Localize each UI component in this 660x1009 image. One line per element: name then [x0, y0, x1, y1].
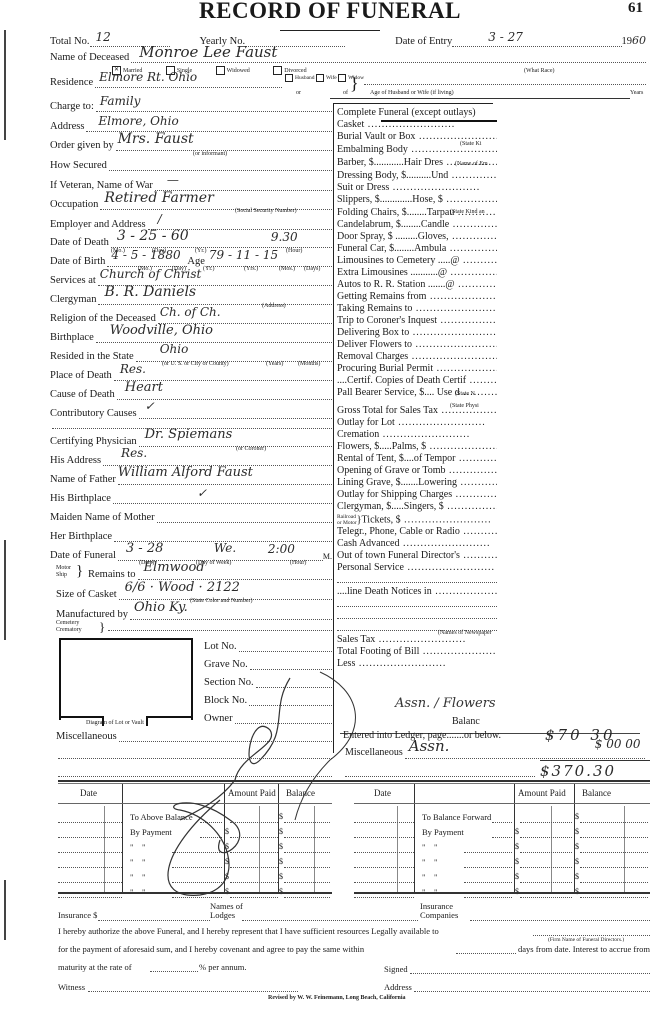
header-divider	[330, 98, 630, 99]
charge-line[interactable]: Candelabrum, $........Candle ...........…	[337, 219, 497, 231]
authorization-line-3b: % per annum.	[199, 962, 246, 972]
companies-label-bottom: Companies	[420, 911, 458, 920]
total-no-label: Total No.	[50, 36, 90, 47]
order-given-by-row: Order given by Mrs. Faust	[50, 140, 332, 151]
page-title: RECORD OF FUNERAL	[0, 0, 660, 24]
services-at-label: Services at	[50, 275, 96, 286]
signed-field[interactable]	[410, 973, 650, 974]
lot-no-field[interactable]	[239, 642, 332, 652]
charge-line[interactable]: Trip to Coroner's Inquest ..............…	[337, 315, 497, 327]
ledger-row-label: To Balance Forward	[422, 812, 491, 822]
ship-label: Ship	[56, 572, 71, 579]
ledger-balance-field[interactable]	[580, 882, 648, 883]
ledger-amount-field[interactable]	[520, 897, 572, 898]
charge-line-label: Flowers, $.....Palms, $	[337, 441, 426, 452]
birthplace-label: Birthplace	[50, 332, 94, 343]
hour-sublabel: (Hour)	[290, 560, 306, 566]
checkbox-icon[interactable]	[338, 74, 346, 82]
charge-line[interactable]: Extra Limousines ...........@ ..........…	[337, 267, 497, 279]
charge-line-label: Telegr., Phone, Cable or Radio	[337, 526, 460, 537]
name-of-deceased-label: Name of Deceased	[50, 52, 129, 63]
spouse-or-label: or	[296, 90, 301, 96]
insurance-field[interactable]	[98, 920, 210, 921]
date-of-entry-field[interactable]: 3 - 27	[452, 36, 621, 47]
dot-leader: .........................	[466, 375, 497, 386]
manufacturer-field[interactable]: Ohio Ky.	[130, 610, 332, 620]
ledger-header-amount-paid: Amount Paid	[518, 788, 566, 798]
misc-right-value: Assn.	[409, 737, 450, 755]
charge-line-label: Tickets, $	[362, 514, 401, 525]
charge-line[interactable]: Opening of Grave or Tomb ...............…	[337, 465, 497, 477]
dot-leader: .........................	[460, 526, 497, 537]
dot-leader: .........................	[460, 255, 497, 266]
companies-field[interactable]	[470, 920, 650, 921]
ledger-row-label: " "	[422, 857, 437, 867]
dollar-sign-icon: $	[515, 857, 519, 866]
charge-line-label: Suit or Dress	[337, 182, 389, 193]
cemetery-label: CemeteryCrematory	[56, 620, 82, 634]
birthplace-field[interactable]: Woodville, Ohio	[96, 333, 332, 343]
charge-line-label: Less	[337, 658, 355, 669]
marital-divorced[interactable]: Divorced	[273, 68, 306, 74]
charge-line-label: Rental of Tent, $....of Tempor	[337, 453, 456, 464]
mother-row: Maiden Name of Mother	[50, 512, 332, 523]
charge-line-label: Cremation	[337, 429, 379, 440]
her-birthplace-label: Her Birthplace	[50, 531, 112, 542]
charge-line[interactable]: Procuring Burial Permit ................…	[337, 363, 497, 375]
casket-size-label: Size of Casket	[56, 589, 117, 600]
charge-line-label: Getting Remains from	[337, 291, 426, 302]
total-rule	[540, 760, 650, 761]
residence-label: Residence	[50, 77, 93, 88]
charge-line-label: Pall Bearer Service, $.... Use d	[337, 387, 460, 398]
year-value[interactable]: 60	[632, 34, 646, 47]
grave-no-label: Grave No.	[204, 659, 248, 670]
date-of-death-row: Date of Death 3 - 25 - 609.30	[50, 237, 332, 248]
ledger-column-divider	[414, 784, 415, 892]
ledger-subcolumn-divider	[551, 806, 552, 892]
manufacturer-row: Manufactured by Ohio Ky.	[56, 609, 332, 620]
charge-line[interactable]	[337, 610, 497, 619]
his-birthplace-row: His Birthplace ✓	[50, 493, 332, 504]
cause-of-death-row: Cause of Death Heart	[50, 389, 332, 400]
dot-leader: .........................	[444, 501, 497, 512]
binder-margin-line	[4, 540, 6, 640]
dot-leader: .........................	[456, 453, 498, 464]
charge-line[interactable]: ....Certif. Copies of Death Certif .....…	[337, 375, 497, 387]
charge-line[interactable]: Out of town Funeral Director's .........…	[337, 550, 497, 562]
charge-line[interactable]: Deliver Flowers to .....................…	[337, 339, 497, 351]
veteran-value: —	[167, 173, 179, 187]
binder-margin-line	[4, 880, 6, 940]
brace-icon: }	[350, 74, 359, 92]
residence-row: Residence Elmore Rt. Ohio	[50, 77, 282, 88]
checkbox-icon[interactable]	[316, 74, 324, 82]
funeral-ampm: M.	[323, 552, 332, 561]
charge-line[interactable]: Flowers, $.....Palms, $ ................…	[337, 441, 497, 453]
ledger-balance-field[interactable]	[580, 837, 648, 838]
charge-to-row: Charge to: Family	[50, 101, 332, 112]
misc-right-amount: $ 00 00	[595, 737, 641, 751]
charge-line[interactable]: Getting Remains from ...................…	[337, 291, 497, 303]
misc-right-field[interactable]: Assn.$ 00 00	[405, 749, 645, 759]
colon: :	[91, 101, 94, 112]
companies-label: InsuranceCompanies	[420, 902, 458, 920]
age-of-spouse-label: Age of Husband or Wife (if living)	[370, 90, 454, 96]
father-label: Name of Father	[50, 474, 116, 485]
date-of-death-label: Date of Death	[50, 237, 109, 248]
lot-no-row: Lot No.	[204, 641, 332, 652]
date-of-death-value: 3 - 25 - 60	[117, 228, 189, 244]
dot-leader: .........................	[408, 351, 497, 362]
services-at-value: Church of Christ	[100, 267, 202, 281]
ledger-date-field[interactable]	[58, 822, 122, 823]
charge-line[interactable]: Removal Charges ........................…	[337, 351, 497, 363]
birthplace-row: Birthplace Woodville, Ohio	[50, 332, 332, 343]
hour-sublabel: (Hour)	[286, 248, 302, 254]
cause-of-death-value: Heart	[125, 380, 163, 395]
ledger-balance-field[interactable]	[580, 822, 648, 823]
charge-line[interactable]: Outlay for Lot .........................	[337, 417, 497, 429]
ledger-desc-field[interactable]	[464, 867, 512, 868]
brace-icon: }	[76, 563, 83, 580]
residence-field[interactable]: Elmore Rt. Ohio	[95, 78, 282, 88]
charge-line[interactable]: Less .........................	[337, 658, 497, 670]
ledger-row-label: " "	[422, 872, 437, 882]
his-address-label: His Address	[50, 455, 101, 466]
vault-kind-note: (State Ki	[460, 141, 482, 147]
ledger-date-field[interactable]	[58, 852, 122, 853]
ledger-date-field[interactable]	[58, 867, 122, 868]
charge-line[interactable]: Lining Grave, $.......Lowering .........…	[337, 477, 497, 489]
charge-line[interactable]: Funeral Car, $........Ambula ...........…	[337, 243, 497, 255]
spouse-husband[interactable]: Husband	[285, 75, 315, 81]
ledger-subcolumn-divider	[104, 806, 105, 892]
charge-to-label: Charge to	[50, 101, 91, 112]
his-address-value: Res.	[121, 446, 147, 460]
charge-line[interactable]: Rental of Tent, $....of Tempor .........…	[337, 453, 497, 465]
ledger-balance-field[interactable]	[580, 852, 648, 853]
age-of-spouse-field[interactable]	[364, 84, 646, 85]
physician-value: Dr. Spiemans	[145, 427, 233, 442]
charge-line-label: Removal Charges	[337, 351, 408, 362]
charge-line[interactable]	[337, 598, 497, 607]
remains-to-field[interactable]: Elmwood	[138, 570, 332, 580]
residence-value: Elmore Rt. Ohio	[99, 70, 197, 84]
cemetery-field[interactable]	[108, 630, 332, 631]
dot-leader: .........................	[408, 144, 497, 155]
dot-leader: .........................	[452, 489, 497, 500]
place-of-death-row: Place of Death Res.	[50, 370, 332, 381]
ledger-desc-field[interactable]	[464, 897, 512, 898]
charge-line[interactable]: Outlay for Shipping Charges ............…	[337, 489, 497, 501]
balance-label: Balanc	[452, 716, 480, 728]
dollar-sign-icon: $	[575, 872, 579, 881]
misc-label: Miscellaneous	[56, 731, 117, 742]
ledger-desc-field[interactable]	[464, 882, 512, 883]
contributory-row: Contributory Causes ✓	[50, 408, 332, 419]
order-given-by-field[interactable]: Mrs. Faust	[116, 141, 332, 151]
charge-line[interactable]: Cash Advanced .........................	[337, 538, 497, 550]
charge-line-label: Candelabrum, $........Candle	[337, 219, 449, 230]
occupation-label: Occupation	[50, 199, 98, 210]
funeral-hour-value: 2:00	[268, 542, 295, 556]
page-number: 61	[628, 0, 643, 17]
ledger-date-field[interactable]	[58, 882, 122, 883]
contributory-field[interactable]: ✓	[139, 409, 332, 419]
clergyman-row: Clergyman B. R. Daniels	[50, 294, 332, 305]
charge-line-label: Out of town Funeral Director's	[337, 550, 460, 561]
authorization-line-2a: for the payment of aforesaid sum, and I …	[58, 944, 364, 954]
ledger-date-field[interactable]	[58, 897, 122, 898]
charge-line[interactable]: Taking Remains to ......................…	[337, 303, 497, 315]
witness-field[interactable]	[88, 991, 298, 992]
clergyman-label: Clergyman	[50, 294, 96, 305]
dot-leader: .........................	[446, 243, 497, 254]
embalmer-note: (Name of Em	[455, 161, 488, 167]
what-race-label: (What Race)	[524, 68, 554, 74]
charge-line-label: Embalming Body	[337, 144, 408, 155]
title-underline	[280, 30, 380, 31]
mos-sublabel: (Mos.)	[279, 266, 295, 272]
dot-leader: .........................	[447, 267, 497, 278]
dot-leader: .........................	[389, 182, 480, 193]
remains-to-row: Remains to Elmwood	[88, 569, 332, 580]
charge-to-field[interactable]: Family	[96, 102, 332, 112]
checkbox-icon[interactable]	[216, 66, 225, 75]
dot-leader: .........................	[401, 514, 492, 525]
witness-label: Witness	[58, 982, 85, 992]
age-value: 79 - 11 - 15	[209, 248, 278, 262]
ledger-desc-field[interactable]	[464, 852, 512, 853]
her-birthplace-row: Her Birthplace	[50, 531, 332, 542]
funeral-date-label: Date of Funeral	[50, 550, 116, 561]
name-of-deceased-field[interactable]: Monroe Lee Faust	[131, 53, 646, 63]
charge-line-label: Trip to Coroner's Inquest	[337, 315, 437, 326]
suit-kind-note: (State Kind an	[450, 209, 485, 215]
charge-line-label: Door Spray, $ .........Gloves,	[337, 231, 449, 242]
date-of-birth-label: Date of Birth	[50, 256, 105, 267]
lodges-label-bottom: Lodges	[210, 911, 243, 920]
charge-line-label: Cash Advanced	[337, 538, 400, 549]
charge-line[interactable]: Suit or Dress .........................	[337, 182, 497, 194]
casket-size-value: 6/6 · Wood · 2122	[125, 580, 240, 595]
charge-line-label: Complete Funeral (except outlays)	[337, 107, 476, 118]
dot-leader: .........................	[443, 194, 497, 205]
days-sublabel: (Days)	[304, 266, 320, 272]
father-field[interactable]: William Alford Faust	[118, 475, 332, 485]
charge-line-label: Gross Total for Sales Tax	[337, 405, 438, 416]
date-of-entry-value: 3 - 27	[488, 30, 523, 44]
charge-line[interactable]: Limousines to Cemetery .....@ ..........…	[337, 255, 497, 267]
contributory-label: Contributory Causes	[50, 408, 137, 419]
charge-to-value: Family	[100, 94, 141, 108]
employer-row: Employer and Address /	[50, 219, 332, 230]
birthplace-value: Woodville, Ohio	[110, 323, 213, 338]
dot-leader: .........................	[426, 291, 497, 302]
brace-icon: }	[99, 619, 105, 635]
ledger-amount-field[interactable]	[520, 867, 572, 868]
dot-leader: .........................	[437, 315, 497, 326]
dot-leader: .........................	[460, 550, 497, 561]
interest-rate-field[interactable]	[150, 971, 198, 972]
charge-line-label: Deliver Flowers to	[337, 339, 412, 350]
physician-note: (State Physi	[450, 403, 479, 409]
his-birthplace-field[interactable]: ✓	[113, 494, 332, 504]
resided-label: Resided in the State	[50, 351, 134, 362]
ledger-desc-field[interactable]	[492, 837, 512, 838]
informant-sublabel: (or informant)	[193, 151, 227, 157]
charge-line-label: Taking Remains to	[337, 303, 412, 314]
ledger-amount-field[interactable]	[520, 852, 572, 853]
charge-line[interactable]: Dressing Body, $..........Und ..........…	[337, 170, 497, 182]
dot-leader: .........................	[419, 646, 497, 657]
address-sign-label: Address	[384, 982, 412, 992]
dot-leader: .........................	[412, 339, 497, 350]
authorization-line-1: I hereby authorize the above Funeral, an…	[58, 926, 439, 936]
charge-line-label: Barber, $............Hair Dres	[337, 157, 443, 168]
dot-leader: .........................	[412, 303, 497, 314]
checkbox-icon[interactable]	[285, 74, 293, 82]
lodges-label: Names ofLodges	[210, 902, 243, 920]
ledger-header-date: Date	[80, 788, 97, 798]
dot-leader: .........................	[457, 477, 497, 488]
charge-line[interactable]: Autos to R. R. Station .......@ ........…	[337, 279, 497, 291]
ledger-subcolumn-divider	[624, 806, 625, 892]
ledger-bottom-rule	[354, 892, 650, 894]
how-secured-field[interactable]	[109, 161, 332, 171]
dollar-sign-icon: $	[575, 812, 579, 821]
dot-leader: .........................	[404, 562, 495, 573]
ledger-amount-field[interactable]	[520, 882, 572, 883]
authorization-line-3a: maturity at the rate of	[58, 962, 132, 972]
date-of-death-field[interactable]: 3 - 25 - 609.30	[111, 238, 332, 248]
dollar-sign-icon: $	[575, 827, 579, 836]
lodges-field[interactable]	[242, 920, 418, 921]
charge-line[interactable]: Personal Service .......................…	[337, 562, 497, 574]
contributory-value: ✓	[145, 399, 155, 413]
binder-margin-line	[4, 30, 6, 140]
mother-field[interactable]	[157, 513, 332, 523]
firm-name-note: (Firm Name of Funeral Directors.)	[548, 937, 624, 943]
ledger-row-label: " "	[422, 842, 437, 852]
charge-line-label: Delivering Box to	[337, 327, 409, 338]
charge-line-label: Lining Grave, $.......Lowering	[337, 477, 457, 488]
charge-line[interactable]: Clergyman, $.....Singers, $ ............…	[337, 501, 497, 513]
newspaper-note: (Names of Newspaper	[438, 630, 492, 636]
charge-line[interactable]	[337, 574, 497, 583]
ledger-desc-field[interactable]	[492, 822, 512, 823]
charge-line-label: Procuring Burial Permit	[337, 363, 433, 374]
firm-name-field[interactable]	[533, 935, 650, 936]
dot-leader: .........................	[379, 429, 470, 440]
charge-line[interactable]: Cremation .........................	[337, 429, 497, 441]
yr-sublabel: (Yr.)	[203, 266, 215, 272]
dot-leader: .........................	[433, 363, 497, 374]
authorization-line-2b: days from date. Interest to accrue from	[518, 944, 650, 954]
clergyman-field[interactable]: B. R. Daniels	[98, 295, 332, 305]
charge-line[interactable]: Telegr., Phone, Cable or Radio .........…	[337, 526, 497, 538]
address-sign-field[interactable]	[414, 991, 650, 992]
ledger-date-field[interactable]	[58, 837, 122, 838]
remains-to-value: Elmwood	[144, 560, 205, 575]
ssn-sublabel: (Social Security Number)	[235, 208, 297, 214]
complete-funeral-line[interactable]: Complete Funeral (except outlays)	[337, 107, 497, 119]
grave-no-field[interactable]	[250, 660, 332, 670]
less-value: Assn. / Flowers	[395, 696, 496, 711]
charge-line-label: Autos to R. R. Station .......@	[337, 279, 455, 290]
charge-line-label: Dressing Body, $..........Und	[337, 170, 448, 181]
ledger-row-label: By Payment	[422, 827, 464, 837]
charge-line-label: Folding Chairs, $........Tarpau	[337, 207, 454, 218]
insurance-label: Insurance $	[58, 910, 97, 920]
charge-line-label: Limousines to Cemetery .....@	[337, 255, 460, 266]
cause-of-death-label: Cause of Death	[50, 389, 115, 400]
occupation-field[interactable]: Retired Farmer	[100, 200, 332, 210]
ledger-balance-field[interactable]	[580, 897, 648, 898]
coroner-sublabel: (or Coroner)	[236, 446, 266, 452]
resided-value: Ohio	[160, 342, 189, 356]
charge-line[interactable]: Delivering Box to ......................…	[337, 327, 497, 339]
ledger-amount-field[interactable]	[520, 822, 572, 823]
dot-leader: .........................	[432, 586, 497, 597]
dollar-sign-icon: $	[515, 872, 519, 881]
yrs-sublabel: (Yrs.)	[244, 266, 258, 272]
charge-line-label: Personal Service	[337, 562, 404, 573]
charge-line-label: Opening of Grave or Tomb	[337, 465, 446, 476]
year-prefix: 19	[622, 36, 633, 47]
charge-line-label: ....Certif. Copies of Death Certif	[337, 375, 466, 386]
place-of-death-value: Res.	[120, 362, 146, 376]
location-sublabel: (or U. S. or City or County)	[162, 361, 229, 367]
ledger-amount-field[interactable]	[520, 837, 572, 838]
dollar-sign-icon: $	[575, 842, 579, 851]
complete-funeral-underline	[381, 120, 497, 122]
lot-no-label: Lot No.	[204, 641, 237, 652]
spouse-wife[interactable]: Wife	[316, 75, 337, 81]
manufacturer-value: Ohio Ky.	[134, 600, 188, 615]
signed-label: Signed	[384, 964, 408, 974]
years-label: Years	[630, 90, 643, 96]
days-field[interactable]	[456, 953, 516, 954]
marital-widowed[interactable]: Widowed	[216, 68, 250, 74]
charge-line[interactable]: Slippers, $.............Hose, $ ........…	[337, 194, 497, 206]
dot-leader: .........................	[449, 231, 497, 242]
dot-leader: .........................	[400, 538, 491, 549]
casket-sublabel: (State Color and Number)	[190, 598, 252, 604]
charge-line[interactable]: ....line Death Notices in ..............…	[337, 586, 497, 598]
charge-line-label: ....line Death Notices in	[337, 586, 432, 597]
how-secured-label: How Secured	[50, 160, 107, 171]
final-total: $370.30	[540, 762, 616, 780]
checkbox-icon[interactable]	[273, 66, 282, 75]
charge-line[interactable]: Total Footing of Bill ..................…	[337, 646, 497, 658]
dot-leader: .........................	[415, 131, 497, 142]
occupation-value: Retired Farmer	[104, 190, 213, 206]
charge-line[interactable]: Railroador Motor}Tickets, $ ............…	[337, 514, 497, 526]
ledger-balance-field[interactable]	[580, 867, 648, 868]
clergyman-value: B. R. Daniels	[104, 284, 196, 300]
charge-line[interactable]: Door Spray, $ .........Gloves, .........…	[337, 231, 497, 243]
address-label: Address	[50, 121, 84, 132]
date-of-birth-value: 4 - 5 - 1880	[111, 248, 180, 262]
name-of-deceased-value: Monroe Lee Faust	[139, 43, 277, 61]
dot-leader: .........................	[449, 219, 497, 230]
how-secured-row: How Secured	[50, 160, 332, 171]
charge-line-label: Burial Vault or Box	[337, 131, 415, 142]
address-sublabel: (Address)	[262, 303, 286, 309]
charge-line-label: Funeral Car, $........Ambula	[337, 243, 446, 254]
